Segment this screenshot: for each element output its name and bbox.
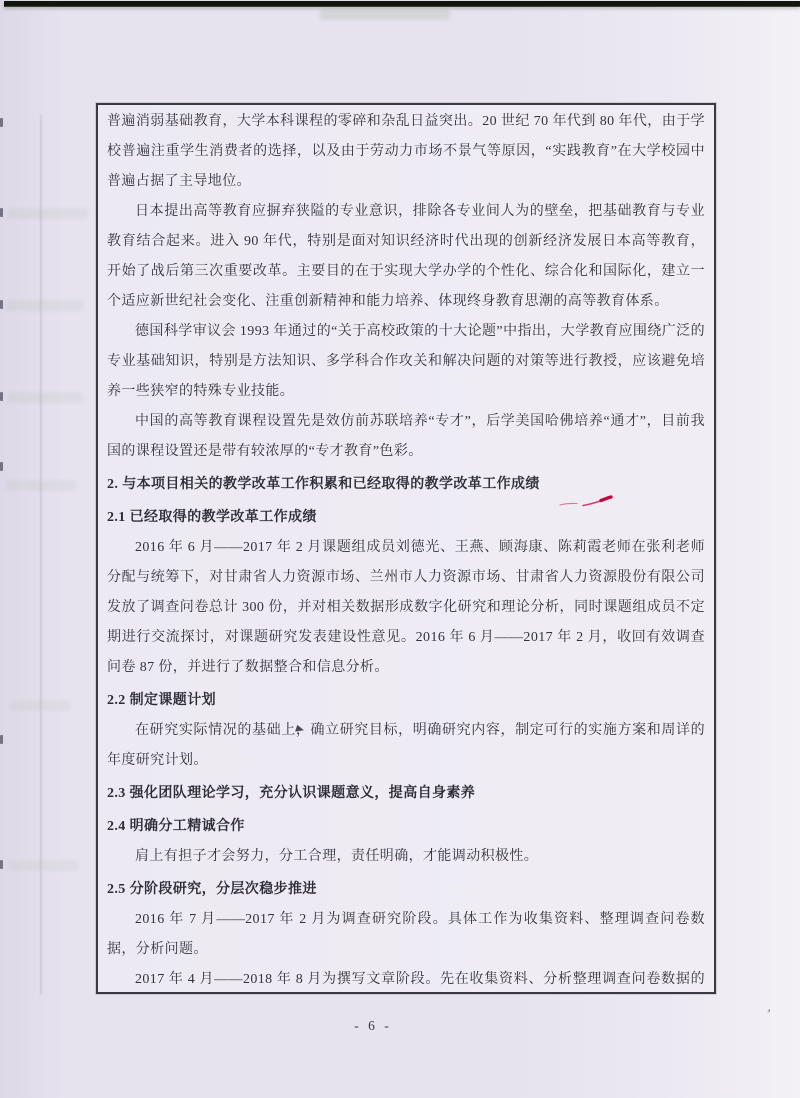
paragraph: 日本提出高等教育应摒弃狭隘的专业意识，排除各专业间人为的壁垒，把基础教育与专业教…: [107, 197, 705, 317]
section-heading: 2.5 分阶段研究，分层次稳步推进: [107, 875, 705, 905]
bleedthrough-artifact: [6, 300, 84, 311]
scan-speck: ’: [764, 1006, 772, 1023]
paragraph: 2017 年 4 月——2018 年 8 月为撰写文章阶段。先在收集资料、分析整…: [107, 965, 705, 991]
scan-edge-artifact: [0, 462, 3, 471]
bleedthrough-artifact: [8, 208, 88, 219]
scan-edge-artifact: [0, 735, 3, 744]
paragraph: 2016 年 6 月——2017 年 2 月课题组成员刘德光、王燕、顾海康、陈莉…: [107, 533, 705, 683]
bleedthrough-vertical-line: [40, 115, 42, 995]
bleedthrough-artifact: [8, 392, 83, 403]
section-heading: 2.2 制定课题计划: [107, 686, 705, 716]
page-number: - 6 -: [323, 1018, 423, 1034]
scan-edge-artifact: [0, 118, 3, 127]
paragraph: 德国科学审议会 1993 年通过的“关于高校政策的十大论题”中指出，大学教育应围…: [107, 317, 705, 407]
bleedthrough-artifact: [10, 700, 70, 711]
paragraph: 在研究实际情况的基础上，确立研究目标，明确研究内容，制定可行的实施方案和周详的年…: [107, 716, 705, 776]
bleedthrough-artifact: [320, 9, 450, 20]
document-frame: 普遍消弱基础教育，大学本科课程的零碎和杂乱日益突出。20 世纪 70 年代到 8…: [96, 103, 716, 994]
document-body: 普遍消弱基础教育，大学本科课程的零碎和杂乱日益突出。20 世纪 70 年代到 8…: [107, 107, 705, 991]
paragraph: 中国的高等教育课程设置先是效仿前苏联培养“专才”，后学美国哈佛培养“通才”，目前…: [107, 407, 705, 467]
scan-edge-artifact: [0, 208, 3, 217]
red-pen-mark: [556, 492, 618, 510]
paragraph: 肩上有担子才会努力，分工合理，责任明确，才能调动积极性。: [107, 842, 705, 872]
scan-edge-artifact: [0, 300, 3, 309]
paragraph: 普遍消弱基础教育，大学本科课程的零碎和杂乱日益突出。20 世纪 70 年代到 8…: [107, 107, 705, 197]
section-heading: 2.4 明确分工精诚合作: [107, 812, 705, 842]
scanner-edge-strip: [4, 1, 800, 7]
section-heading: 2.3 强化团队理论学习，充分认识课题意义，提高自身素养: [107, 779, 705, 809]
bleedthrough-artifact: [6, 480, 76, 491]
bleedthrough-artifact: [8, 860, 78, 871]
scan-edge-artifact: [0, 860, 3, 869]
scan-edge-artifact: [0, 392, 3, 401]
paragraph: 2016 年 7 月——2017 年 2 月为调查研究阶段。具体工作为收集资料、…: [107, 905, 705, 965]
